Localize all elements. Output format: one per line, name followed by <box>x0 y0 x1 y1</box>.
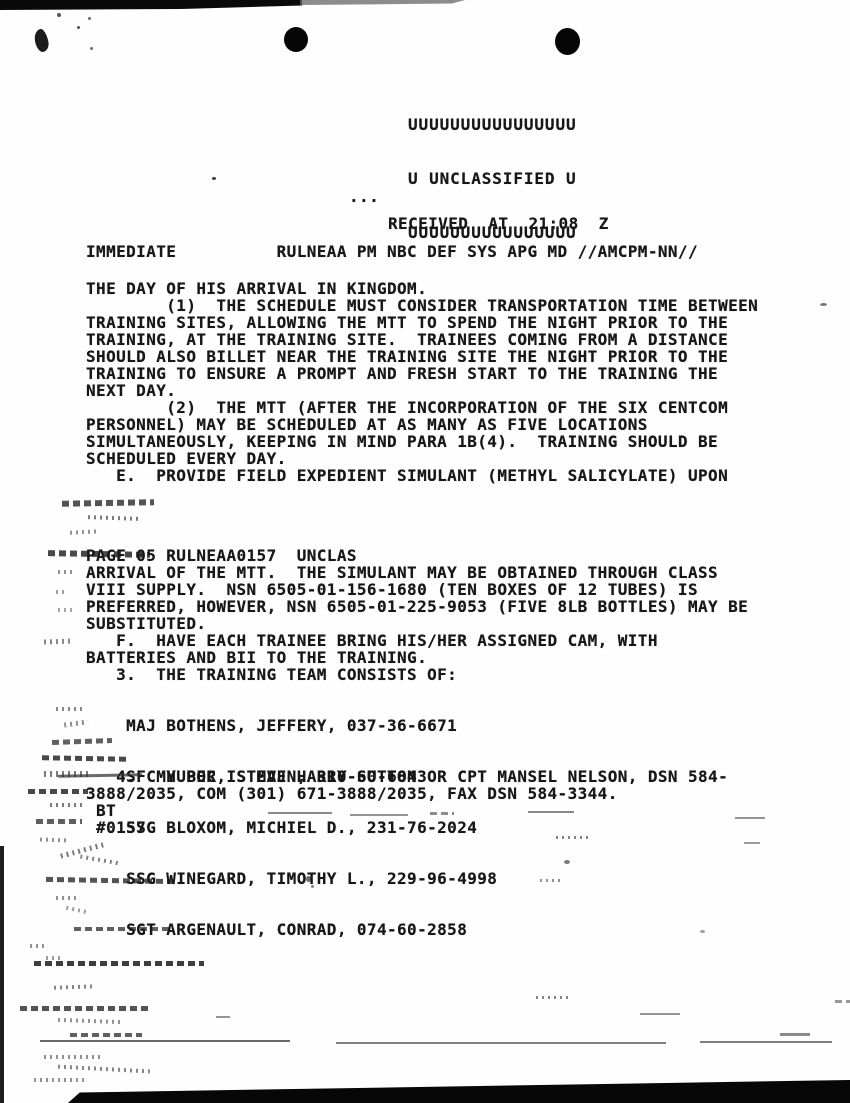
smudge-mark <box>58 1065 150 1074</box>
smudge-mark <box>64 719 88 727</box>
smudge-mark <box>735 817 765 819</box>
scanned-message-page: UUUUUUUUUUUUUUUU U UNCLASSIFIED U UUUUUU… <box>0 0 850 1103</box>
smudge-mark <box>28 789 88 794</box>
smudge-mark <box>44 1055 104 1059</box>
smudge-mark <box>820 303 827 306</box>
smudge-mark <box>536 996 568 999</box>
classification-banner-label: U UNCLASSIFIED U <box>408 170 577 188</box>
smudge-mark <box>46 956 60 960</box>
smudge-mark <box>540 879 564 882</box>
smudge-mark <box>50 803 82 807</box>
top-edge-artifact <box>0 0 302 10</box>
roster-line: MAJ BOTHENS, JEFFERY, 037-36-6671 <box>86 717 497 734</box>
smudge-mark <box>212 177 216 180</box>
smudge-mark <box>835 1000 850 1003</box>
smudge-mark <box>57 13 61 17</box>
smudge-mark <box>56 707 86 711</box>
bottom-edge-artifact <box>68 1078 850 1103</box>
smudge-mark <box>556 836 592 839</box>
smudge-mark <box>62 499 154 507</box>
smudge-mark <box>700 1041 832 1043</box>
smudge-mark <box>336 1042 666 1044</box>
smudge-mark <box>77 26 80 29</box>
received-line: RECEIVED AT 21:08 Z <box>388 215 609 232</box>
smudge-mark <box>88 515 140 521</box>
smudge-mark <box>56 896 76 900</box>
smudge-mark <box>44 638 74 644</box>
ink-blot <box>33 28 50 53</box>
smudge-mark <box>36 819 82 824</box>
smudge-mark <box>70 1033 142 1037</box>
hole-punch-mark <box>284 27 308 52</box>
ellipsis-mark: ... <box>349 188 379 205</box>
smudge-mark <box>700 930 705 933</box>
smudge-mark <box>20 1006 152 1011</box>
smudge-mark <box>564 860 570 864</box>
smudge-mark <box>56 590 68 594</box>
smudge-mark <box>744 842 760 844</box>
smudge-mark <box>40 837 70 842</box>
classification-banner-top: UUUUUUUUUUUUUUUU <box>408 116 577 134</box>
smudge-mark <box>44 771 92 777</box>
smudge-mark <box>90 47 93 50</box>
left-edge-artifact <box>0 846 4 1103</box>
hole-punch-mark <box>555 28 580 55</box>
smudge-mark <box>640 1013 680 1015</box>
smudge-mark <box>58 570 74 574</box>
roster-line: SGT ARGENAULT, CONRAD, 074-60-2858 <box>86 921 497 938</box>
smudge-mark <box>54 984 96 989</box>
smudge-mark <box>58 1018 122 1024</box>
routing-line: IMMEDIATE RULNEAA PM NBC DEF SYS APG MD … <box>86 243 698 260</box>
smudge-mark <box>70 529 100 535</box>
smudge-mark <box>58 608 72 612</box>
smudge-mark <box>30 944 46 948</box>
message-body-middle: ARRIVAL OF THE MTT. THE SIMULANT MAY BE … <box>86 564 748 683</box>
roster-line: SSG WINEGARD, TIMOTHY L., 229-96-4998 <box>86 870 497 887</box>
message-body-top: THE DAY OF HIS ARRIVAL IN KINGDOM. (1) T… <box>86 280 758 484</box>
smudge-mark <box>40 1040 290 1042</box>
smudge-mark <box>66 906 88 914</box>
message-body-bottom: 4. MY POC IS MAJ HARRY SUTTON OR CPT MAN… <box>86 768 728 836</box>
smudge-mark <box>780 1033 810 1036</box>
smudge-mark <box>88 17 91 20</box>
page-header-line: PAGE 05 RULNEAA0157 UNCLAS <box>86 547 357 564</box>
smudge-mark <box>216 1016 230 1018</box>
smudge-mark <box>34 1078 86 1082</box>
top-edge-artifact <box>300 0 465 5</box>
